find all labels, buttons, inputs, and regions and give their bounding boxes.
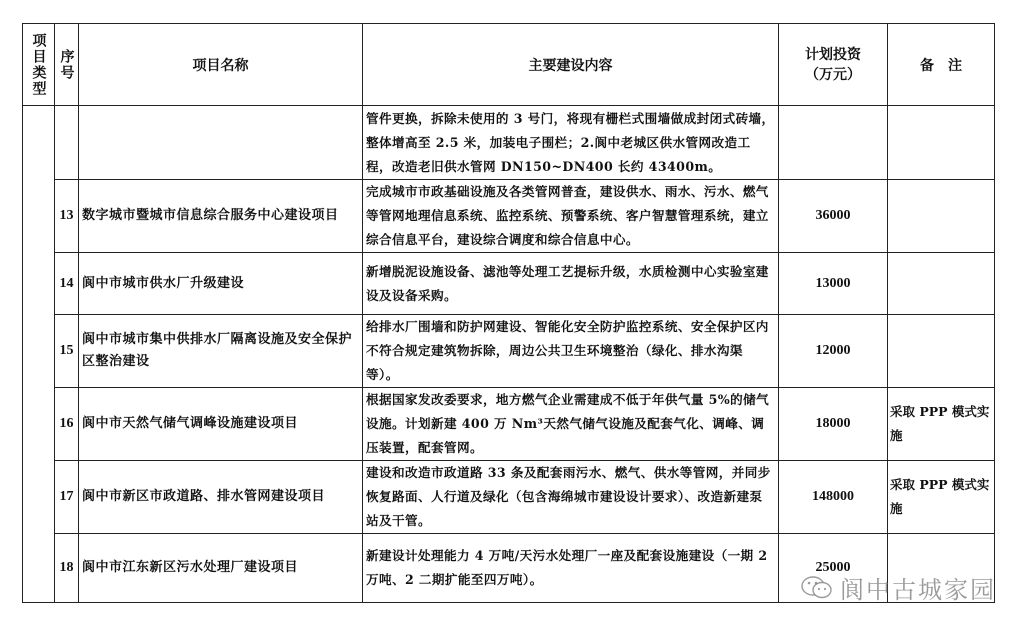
seq-cell: 18 — [55, 534, 79, 603]
watermark: 阆中古城家园 — [800, 570, 996, 605]
investment-cell: 36000 — [779, 180, 888, 253]
header-name: 项目名称 — [79, 24, 363, 106]
remark-cell: 采取 PPP 模式实施 — [888, 388, 995, 461]
name-cell — [79, 106, 363, 180]
investment-cell — [779, 106, 888, 180]
content-cell: 根据国家发改委要求，地方燃气企业需建成不低于年供气量 5%的储气设施。计划新建 … — [363, 388, 779, 461]
content-cell: 管件更换，拆除未使用的 3 号门，将现有栅栏式围墙做成封闭式砖墙，整体增高至 2… — [363, 106, 779, 180]
name-cell: 阆中市新区市政道路、排水管网建设项目 — [79, 461, 363, 534]
seq-cell: 14 — [55, 253, 79, 315]
table-row: 16 阆中市天然气储气调峰设施建设项目 根据国家发改委要求，地方燃气企业需建成不… — [23, 388, 995, 461]
table-row: 15 阆中市城市集中供排水厂隔离设施及安全保护区整治建设 给排水厂围墙和防护网建… — [23, 315, 995, 388]
table-row: 14 阆中市城市供水厂升级建设 新增脱泥设施设备、滤池等处理工艺提标升级，水质检… — [23, 253, 995, 315]
name-cell: 数字城市暨城市信息综合服务中心建设项目 — [79, 180, 363, 253]
investment-cell: 18000 — [779, 388, 888, 461]
investment-cell: 13000 — [779, 253, 888, 315]
remark-cell — [888, 106, 995, 180]
name-cell: 阆中市城市集中供排水厂隔离设施及安全保护区整治建设 — [79, 315, 363, 388]
content-cell: 建设和改造市政道路 33 条及配套雨污水、燃气、供水等管网，并同步恢复路面、人行… — [363, 461, 779, 534]
content-cell: 完成城市市政基础设施及各类管网普查，建设供水、雨水、污水、燃气等管网地理信息系统… — [363, 180, 779, 253]
name-cell: 阆中市城市供水厂升级建设 — [79, 253, 363, 315]
remark-cell — [888, 315, 995, 388]
table-row: 17 阆中市新区市政道路、排水管网建设项目 建设和改造市政道路 33 条及配套雨… — [23, 461, 995, 534]
content-cell: 新增脱泥设施设备、滤池等处理工艺提标升级，水质检测中心实验室建设及设备采购。 — [363, 253, 779, 315]
content-cell: 新建设计处理能力 4 万吨/天污水处理厂一座及配套设施建设（一期 2 万吨、2 … — [363, 534, 779, 603]
name-cell: 阆中市江东新区污水处理厂建设项目 — [79, 534, 363, 603]
seq-cell: 16 — [55, 388, 79, 461]
content-cell: 给排水厂围墙和防护网建设、智能化安全防护监控系统、安全保护区内不符合规定建筑物拆… — [363, 315, 779, 388]
seq-cell: 15 — [55, 315, 79, 388]
header-remark: 备 注 — [888, 24, 995, 106]
project-type-cell — [23, 106, 55, 603]
remark-cell — [888, 253, 995, 315]
header-project-type: 项目类型 — [23, 24, 55, 106]
seq-cell — [55, 106, 79, 180]
project-table: 项目类型 序号 项目名称 主要建设内容 计划投资 （万元） 备 注 管件更换，拆… — [22, 23, 995, 603]
name-cell: 阆中市天然气储气调峰设施建设项目 — [79, 388, 363, 461]
remark-cell — [888, 180, 995, 253]
investment-cell: 148000 — [779, 461, 888, 534]
header-content: 主要建设内容 — [363, 24, 779, 106]
header-seq: 序号 — [55, 24, 79, 106]
remark-cell: 采取 PPP 模式实施 — [888, 461, 995, 534]
investment-cell: 12000 — [779, 315, 888, 388]
watermark-text: 阆中古城家园 — [840, 570, 996, 605]
table-row: 管件更换，拆除未使用的 3 号门，将现有栅栏式围墙做成封闭式砖墙，整体增高至 2… — [23, 106, 995, 180]
header-investment: 计划投资 （万元） — [779, 24, 888, 106]
header-row: 项目类型 序号 项目名称 主要建设内容 计划投资 （万元） 备 注 — [23, 24, 995, 106]
seq-cell: 17 — [55, 461, 79, 534]
seq-cell: 13 — [55, 180, 79, 253]
wechat-icon — [800, 575, 834, 601]
table-row: 13 数字城市暨城市信息综合服务中心建设项目 完成城市市政基础设施及各类管网普查… — [23, 180, 995, 253]
